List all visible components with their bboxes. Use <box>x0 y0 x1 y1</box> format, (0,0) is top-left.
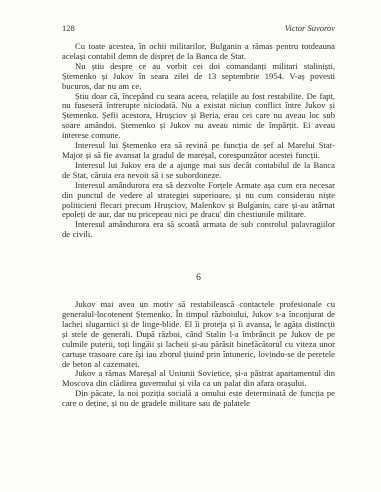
paragraph: Interesul lui Jukov era de a ajunge mai … <box>62 161 335 181</box>
paragraph: Jukov mai avea un motiv să restabilească… <box>62 300 335 369</box>
paragraph: Interesul lui Ștemenko era să revină pe … <box>62 141 335 161</box>
page-number: 128 <box>62 23 75 33</box>
page-body: Cu toate acestea, în ochii militarilor, … <box>62 42 335 409</box>
book-page: 128 Victor Suvorov Cu toate acestea, în … <box>0 0 381 492</box>
section-number-heading: 6 <box>62 273 335 283</box>
paragraph: Cu toate acestea, în ochii militarilor, … <box>62 42 335 62</box>
paragraph: Interesul amândurora era să scoată armat… <box>62 220 335 240</box>
paragraph: Nu știu despre ce au vorbit cei doi coma… <box>62 62 335 92</box>
running-header: 128 Victor Suvorov <box>62 23 335 33</box>
paragraph: Interesul amândurora era să dezvolte For… <box>62 181 335 221</box>
paragraph: Din păcate, la noi poziția socială a omu… <box>62 389 335 409</box>
paragraph: Jukov a rămas Mareșal al Uniunii Sovieti… <box>62 369 335 389</box>
running-header-author: Victor Suvorov <box>285 23 335 33</box>
paragraph: Știu doar că, începând cu seara aceea, r… <box>62 92 335 142</box>
